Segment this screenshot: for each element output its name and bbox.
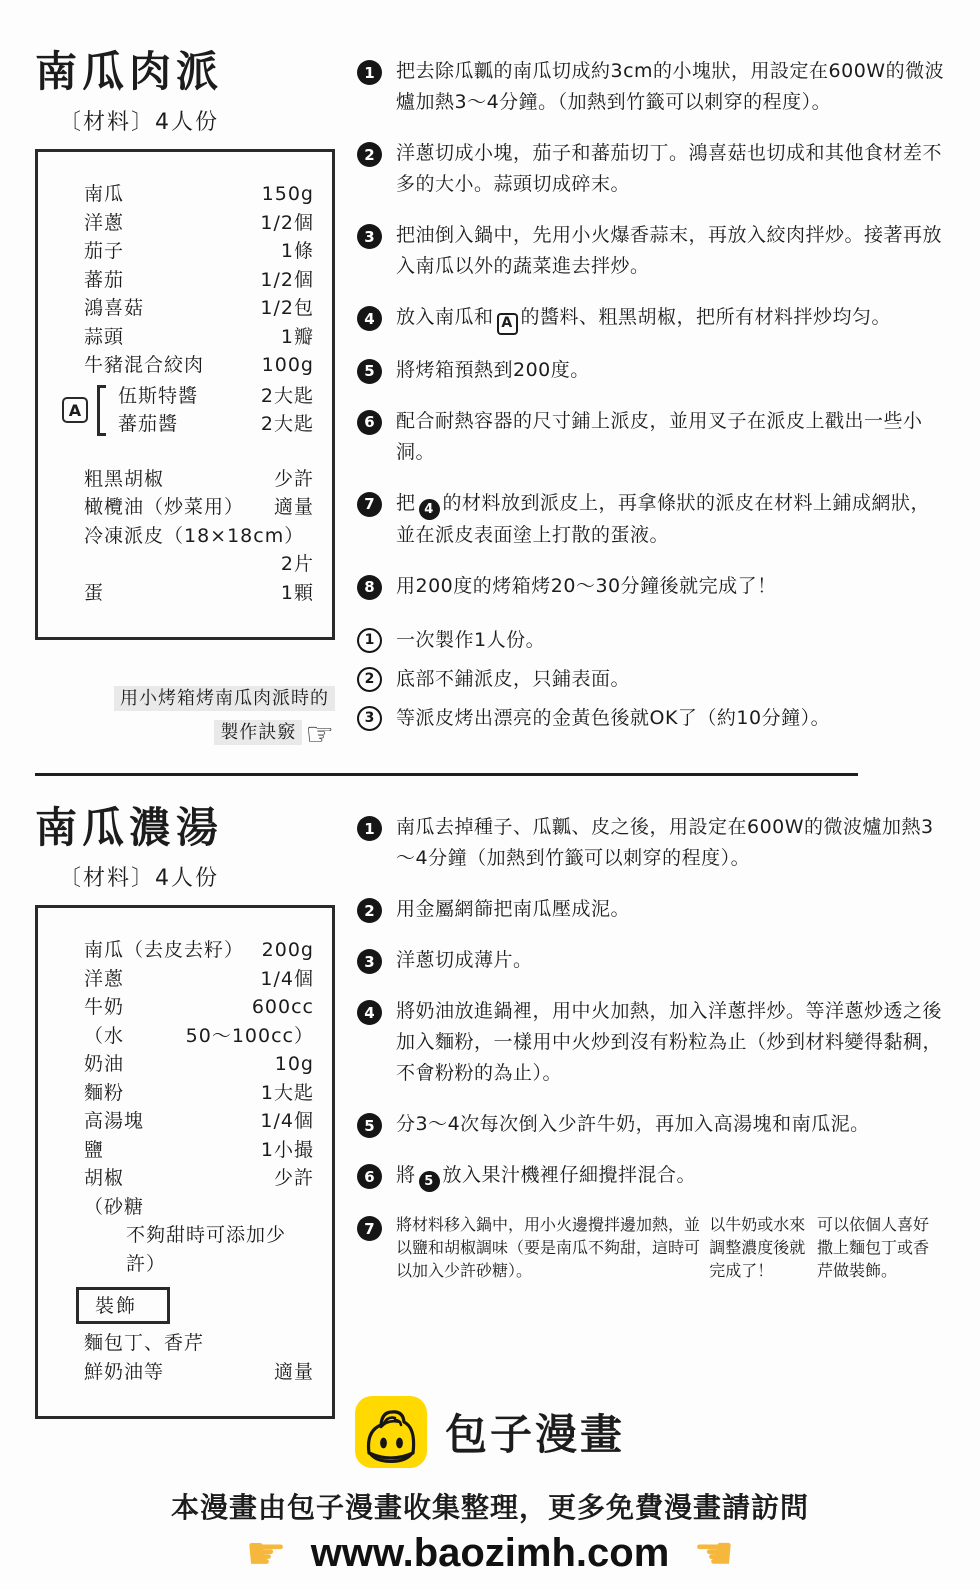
tip-text: 一次製作1人份。	[396, 626, 545, 655]
pointing-hand-icon: ☞	[305, 715, 335, 753]
section-divider	[35, 773, 858, 776]
step-text: 用200度的烤箱烤20～30分鐘後就完成了！	[396, 571, 777, 602]
ingredient-row: 麵包丁、香芹	[38, 1329, 314, 1358]
pointing-hand-left-icon: ☚	[693, 1530, 734, 1576]
footer-url-link[interactable]: www.baozimh.com	[311, 1531, 670, 1576]
step-number: 4	[357, 1000, 382, 1025]
soup-left-column: 南瓜濃湯 〔材料〕4人份 南瓜（去皮去籽）200g 洋蔥1/4個 牛奶600cc…	[35, 804, 335, 1419]
ingredient-name: 洋蔥	[84, 965, 124, 994]
step-text: 用金屬網篩把南瓜壓成泥。	[396, 894, 630, 925]
ingredient-name: 牛奶	[84, 993, 124, 1022]
soup-section: 南瓜濃湯 〔材料〕4人份 南瓜（去皮去籽）200g 洋蔥1/4個 牛奶600cc…	[0, 798, 980, 1419]
pie-title: 南瓜肉派	[35, 48, 335, 95]
tip-number: 1	[357, 628, 382, 653]
ingredient-name: 茄子	[84, 237, 124, 266]
step-text: 把4的材料放到派皮上，再拿條狀的派皮在材料上鋪成網狀，並在派皮表面塗上打散的蛋液…	[396, 488, 945, 551]
pie-tips-list: 1一次製作1人份。 2底部不鋪派皮，只鋪表面。 3等派皮烤出漂亮的金黃色後就OK…	[357, 626, 945, 733]
garnish-label-box: 裝飾	[76, 1287, 170, 1324]
soup-title: 南瓜濃湯	[35, 804, 335, 851]
step-number: 6	[357, 1164, 382, 1189]
step-item: 7把4的材料放到派皮上，再拿條狀的派皮在材料上鋪成網狀，並在派皮表面塗上打散的蛋…	[357, 488, 945, 551]
ingredient-row: 南瓜150g	[38, 180, 314, 209]
step-item: 1把去除瓜瓤的南瓜切成約3cm的小塊狀，用設定在600W的微波爐加熱3～4分鐘。…	[357, 56, 945, 118]
step-item: 7將材料移入鍋中，用小火邊攪拌邊加熱，並以鹽和胡椒調味（要是南瓜不夠甜，這時可以…	[357, 1212, 945, 1281]
tip-item: 3等派皮烤出漂亮的金黃色後就OK了（約10分鐘）。	[357, 704, 945, 733]
ingredient-qty: 1顆	[281, 579, 314, 608]
ingredient-name: 洋蔥	[84, 209, 124, 238]
ingredient-name: 高湯塊	[84, 1107, 144, 1136]
ingredient-row: 伍斯特醬2大匙	[108, 382, 314, 411]
ingredient-qty: 1小撮	[261, 1136, 314, 1165]
pie-steps-column: 1把去除瓜瓤的南瓜切成約3cm的小塊狀，用設定在600W的微波爐加熱3～4分鐘。…	[357, 48, 945, 751]
step-number: 8	[357, 575, 382, 600]
ingredient-row: 鮮奶油等適量	[38, 1358, 314, 1387]
step-text: 配合耐熱容器的尺寸鋪上派皮，並用叉子在派皮上戳出一些小洞。	[396, 406, 945, 468]
pie-section: 南瓜肉派 〔材料〕4人份 南瓜150g 洋蔥1/2個 茄子1條 蕃茄1/2個 鴻…	[0, 0, 980, 751]
ingredient-qty: 1/2個	[260, 209, 314, 238]
step-number: 1	[357, 816, 382, 841]
step-item: 3洋蔥切成薄片。	[357, 945, 945, 976]
group-a-ref-icon: A	[497, 313, 518, 335]
brand-logo-row: 包子漫畫	[0, 1396, 980, 1468]
step-number: 7	[357, 492, 382, 517]
baozi-logo-icon	[355, 1396, 427, 1468]
ingredient-name: 冷凍派皮（18×18cm）	[84, 522, 304, 551]
ingredient-qty: 50～100cc）	[186, 1022, 314, 1051]
ingredient-row: 南瓜（去皮去籽）200g	[38, 936, 314, 965]
ingredient-row: 高湯塊1/4個	[38, 1107, 314, 1136]
pie-servings-label: 〔材料〕4人份	[59, 105, 335, 136]
soup-ingredients-box: 南瓜（去皮去籽）200g 洋蔥1/4個 牛奶600cc （水50～100cc） …	[35, 905, 335, 1419]
group-a: A 伍斯特醬2大匙 蕃茄醬2大匙	[62, 382, 314, 439]
step-item: 1南瓜去掉種子、瓜瓤、皮之後，用設定在600W的微波爐加熱3～4分鐘（加熱到竹籤…	[357, 812, 945, 874]
recipe-page: 南瓜肉派 〔材料〕4人份 南瓜150g 洋蔥1/2個 茄子1條 蕃茄1/2個 鴻…	[0, 0, 980, 1589]
ingredient-row: 2片	[38, 550, 314, 579]
ingredient-qty: 1/4個	[260, 965, 314, 994]
step-ref-icon: 4	[419, 499, 440, 520]
ingredient-qty: 600cc	[252, 993, 314, 1022]
step-ref-icon: 5	[419, 1171, 440, 1192]
footer-tagline: 本漫畫由包子漫畫收集整理，更多免費漫畫請訪問	[0, 1486, 980, 1526]
ingredient-qty: 適量	[274, 1358, 314, 1387]
note-line: 製作訣竅	[214, 720, 302, 745]
watermark-footer: 包子漫畫 本漫畫由包子漫畫收集整理，更多免費漫畫請訪問 ☛ www.baozim…	[0, 1396, 980, 1576]
step-number: 2	[357, 142, 382, 167]
ingredient-row: 茄子1條	[38, 237, 314, 266]
tip-item: 1一次製作1人份。	[357, 626, 945, 655]
ingredient-name: 牛豬混合絞肉	[84, 351, 204, 380]
step-item: 5將烤箱預熱到200度。	[357, 355, 945, 386]
ingredient-name: 鴻喜菇	[84, 294, 144, 323]
ingredient-row: （水50～100cc）	[38, 1022, 314, 1051]
pie-ingredients-box: 南瓜150g 洋蔥1/2個 茄子1條 蕃茄1/2個 鴻喜菇1/2包 蒜頭1瓣 牛…	[35, 149, 335, 640]
ingredient-name: 麵粉	[84, 1079, 124, 1108]
ingredient-qty: 2大匙	[261, 382, 314, 411]
step-item: 8用200度的烤箱烤20～30分鐘後就完成了！	[357, 571, 945, 602]
tip-number: 2	[357, 667, 382, 692]
ingredient-qty: 200g	[262, 936, 314, 965]
ingredient-row: 牛奶600cc	[38, 993, 314, 1022]
ingredient-name: 蛋	[84, 579, 104, 608]
step-text: 將烤箱預熱到200度。	[396, 355, 590, 386]
ingredient-name: 蕃茄	[84, 266, 124, 295]
ingredient-name: 鹽	[84, 1136, 104, 1165]
step-number: 6	[357, 410, 382, 435]
sugar-note: 不夠甜時可添加少許）	[38, 1221, 314, 1278]
soup-steps-column: 1南瓜去掉種子、瓜瓤、皮之後，用設定在600W的微波爐加熱3～4分鐘（加熱到竹籤…	[357, 804, 945, 1419]
step-text: 將5放入果汁機裡仔細攪拌混合。	[396, 1160, 696, 1192]
ingredient-qty: 1/2個	[260, 266, 314, 295]
ingredient-row: 鴻喜菇1/2包	[38, 294, 314, 323]
brand-name: 包子漫畫	[445, 1402, 625, 1462]
ingredient-row: 牛豬混合絞肉100g	[38, 351, 314, 380]
ingredient-row: 鹽1小撮	[38, 1136, 314, 1165]
ingredient-qty: 2大匙	[261, 410, 314, 439]
ingredient-qty: 1瓣	[281, 323, 314, 352]
step-item: 3把油倒入鍋中，先用小火爆香蒜末，再放入絞肉拌炒。接著再放入南瓜以外的蔬菜進去拌…	[357, 220, 945, 282]
step-text: 把去除瓜瓤的南瓜切成約3cm的小塊狀，用設定在600W的微波爐加熱3～4分鐘。（…	[396, 56, 945, 118]
step-text: 分3～4次每次倒入少許牛奶，再加入高湯塊和南瓜泥。	[396, 1109, 870, 1140]
tip-item: 2底部不鋪派皮，只鋪表面。	[357, 665, 945, 694]
step-number: 2	[357, 898, 382, 923]
ingredient-name: 粗黑胡椒	[84, 465, 164, 494]
ingredient-row: 橄欖油（炒菜用）適量	[38, 493, 314, 522]
step-number: 5	[357, 359, 382, 384]
ingredient-row: 麵粉1大匙	[38, 1079, 314, 1108]
step-item: 6配合耐熱容器的尺寸鋪上派皮，並用叉子在派皮上戳出一些小洞。	[357, 406, 945, 468]
step-text: 南瓜去掉種子、瓜瓤、皮之後，用設定在600W的微波爐加熱3～4分鐘（加熱到竹籤可…	[396, 812, 945, 874]
step-number: 3	[357, 224, 382, 249]
step-number: 1	[357, 60, 382, 85]
ingredient-qty: 1/2包	[260, 294, 314, 323]
ingredient-qty: 100g	[262, 351, 314, 380]
ingredient-row: 洋蔥1/2個	[38, 209, 314, 238]
soup-servings-label: 〔材料〕4人份	[59, 861, 335, 892]
ingredient-row: （砂糖	[38, 1193, 314, 1222]
toaster-oven-note: 用小烤箱烤南瓜肉派時的 製作訣竅☞	[35, 682, 335, 751]
step-text: 洋蔥切成小塊，茄子和蕃茄切丁。鴻喜菇也切成和其他食材差不多的大小。蒜頭切成碎末。	[396, 138, 945, 200]
pie-left-column: 南瓜肉派 〔材料〕4人份 南瓜150g 洋蔥1/2個 茄子1條 蕃茄1/2個 鴻…	[35, 48, 335, 751]
ingredient-row: 粗黑胡椒少許	[38, 465, 314, 494]
step-text: 將奶油放進鍋裡，用中火加熱，加入洋蔥拌炒。等洋蔥炒透之後加入麵粉，一樣用中火炒到…	[396, 996, 945, 1089]
ingredient-name: 南瓜	[84, 180, 124, 209]
ingredient-name: 伍斯特醬	[118, 382, 198, 411]
ingredient-name: 蕃茄醬	[118, 410, 178, 439]
step-number: 7	[357, 1216, 382, 1241]
step-text: 把油倒入鍋中，先用小火爆香蒜末，再放入絞肉拌炒。接著再放入南瓜以外的蔬菜進去拌炒…	[396, 220, 945, 282]
step-item: 4放入南瓜和A的醬料、粗黑胡椒，把所有材料拌炒均匀。	[357, 302, 945, 335]
step-item: 6將5放入果汁機裡仔細攪拌混合。	[357, 1160, 945, 1192]
ingredient-name: 奶油	[84, 1050, 124, 1079]
ingredient-qty: 1大匙	[261, 1079, 314, 1108]
ingredient-row: 冷凍派皮（18×18cm）	[38, 522, 314, 551]
step-item: 2用金屬網篩把南瓜壓成泥。	[357, 894, 945, 925]
ingredient-row: 蕃茄1/2個	[38, 266, 314, 295]
step-item: 4將奶油放進鍋裡，用中火加熱，加入洋蔥拌炒。等洋蔥炒透之後加入麵粉，一樣用中火炒…	[357, 996, 945, 1089]
ingredient-qty: 少許	[274, 1164, 314, 1193]
ingredient-name: （砂糖	[84, 1193, 144, 1222]
ingredient-name: 橄欖油（炒菜用）	[84, 493, 244, 522]
ingredient-row: 奶油10g	[38, 1050, 314, 1079]
group-a-bracket	[97, 385, 106, 436]
ingredient-name: 蒜頭	[84, 323, 124, 352]
ingredient-qty: 1/4個	[260, 1107, 314, 1136]
step-number: 5	[357, 1113, 382, 1138]
step-item: 5分3～4次每次倒入少許牛奶，再加入高湯塊和南瓜泥。	[357, 1109, 945, 1140]
ingredient-qty: 150g	[262, 180, 314, 209]
step-item: 2洋蔥切成小塊，茄子和蕃茄切丁。鴻喜菇也切成和其他食材差不多的大小。蒜頭切成碎末…	[357, 138, 945, 200]
ingredient-name: 南瓜（去皮去籽）	[84, 936, 244, 965]
tip-text: 底部不鋪派皮，只鋪表面。	[396, 665, 630, 694]
ingredient-name: 胡椒	[84, 1164, 124, 1193]
ingredient-row: 胡椒少許	[38, 1164, 314, 1193]
step-number: 4	[357, 306, 382, 331]
ingredient-row: 洋蔥1/4個	[38, 965, 314, 994]
note-line: 用小烤箱烤南瓜肉派時的	[114, 686, 335, 711]
ingredient-name: 鮮奶油等	[84, 1358, 164, 1387]
pointing-hand-right-icon: ☛	[245, 1530, 286, 1576]
step-number: 3	[357, 949, 382, 974]
spacer	[38, 439, 314, 465]
ingredient-qty: 10g	[275, 1050, 314, 1079]
step-text: 洋蔥切成薄片。	[396, 945, 533, 976]
ingredient-row: 蛋1顆	[38, 579, 314, 608]
tip-number: 3	[357, 706, 382, 731]
ingredient-name: 麵包丁、香芹	[84, 1329, 204, 1358]
ingredient-name: （水	[84, 1022, 124, 1051]
step-text: 放入南瓜和A的醬料、粗黑胡椒，把所有材料拌炒均匀。	[396, 302, 891, 335]
ingredient-qty: 1條	[281, 237, 314, 266]
ingredient-row: 蒜頭1瓣	[38, 323, 314, 352]
ingredient-qty: 少許	[274, 465, 314, 494]
tip-text: 等派皮烤出漂亮的金黃色後就OK了（約10分鐘）。	[396, 704, 830, 733]
ingredient-row: 蕃茄醬2大匙	[108, 410, 314, 439]
ingredient-qty: 2片	[281, 550, 314, 579]
footer-url-row: ☛ www.baozimh.com ☚	[0, 1530, 980, 1576]
group-a-label: A	[62, 397, 88, 423]
group-a-items: 伍斯特醬2大匙 蕃茄醬2大匙	[108, 382, 314, 439]
ingredient-qty: 適量	[274, 493, 314, 522]
